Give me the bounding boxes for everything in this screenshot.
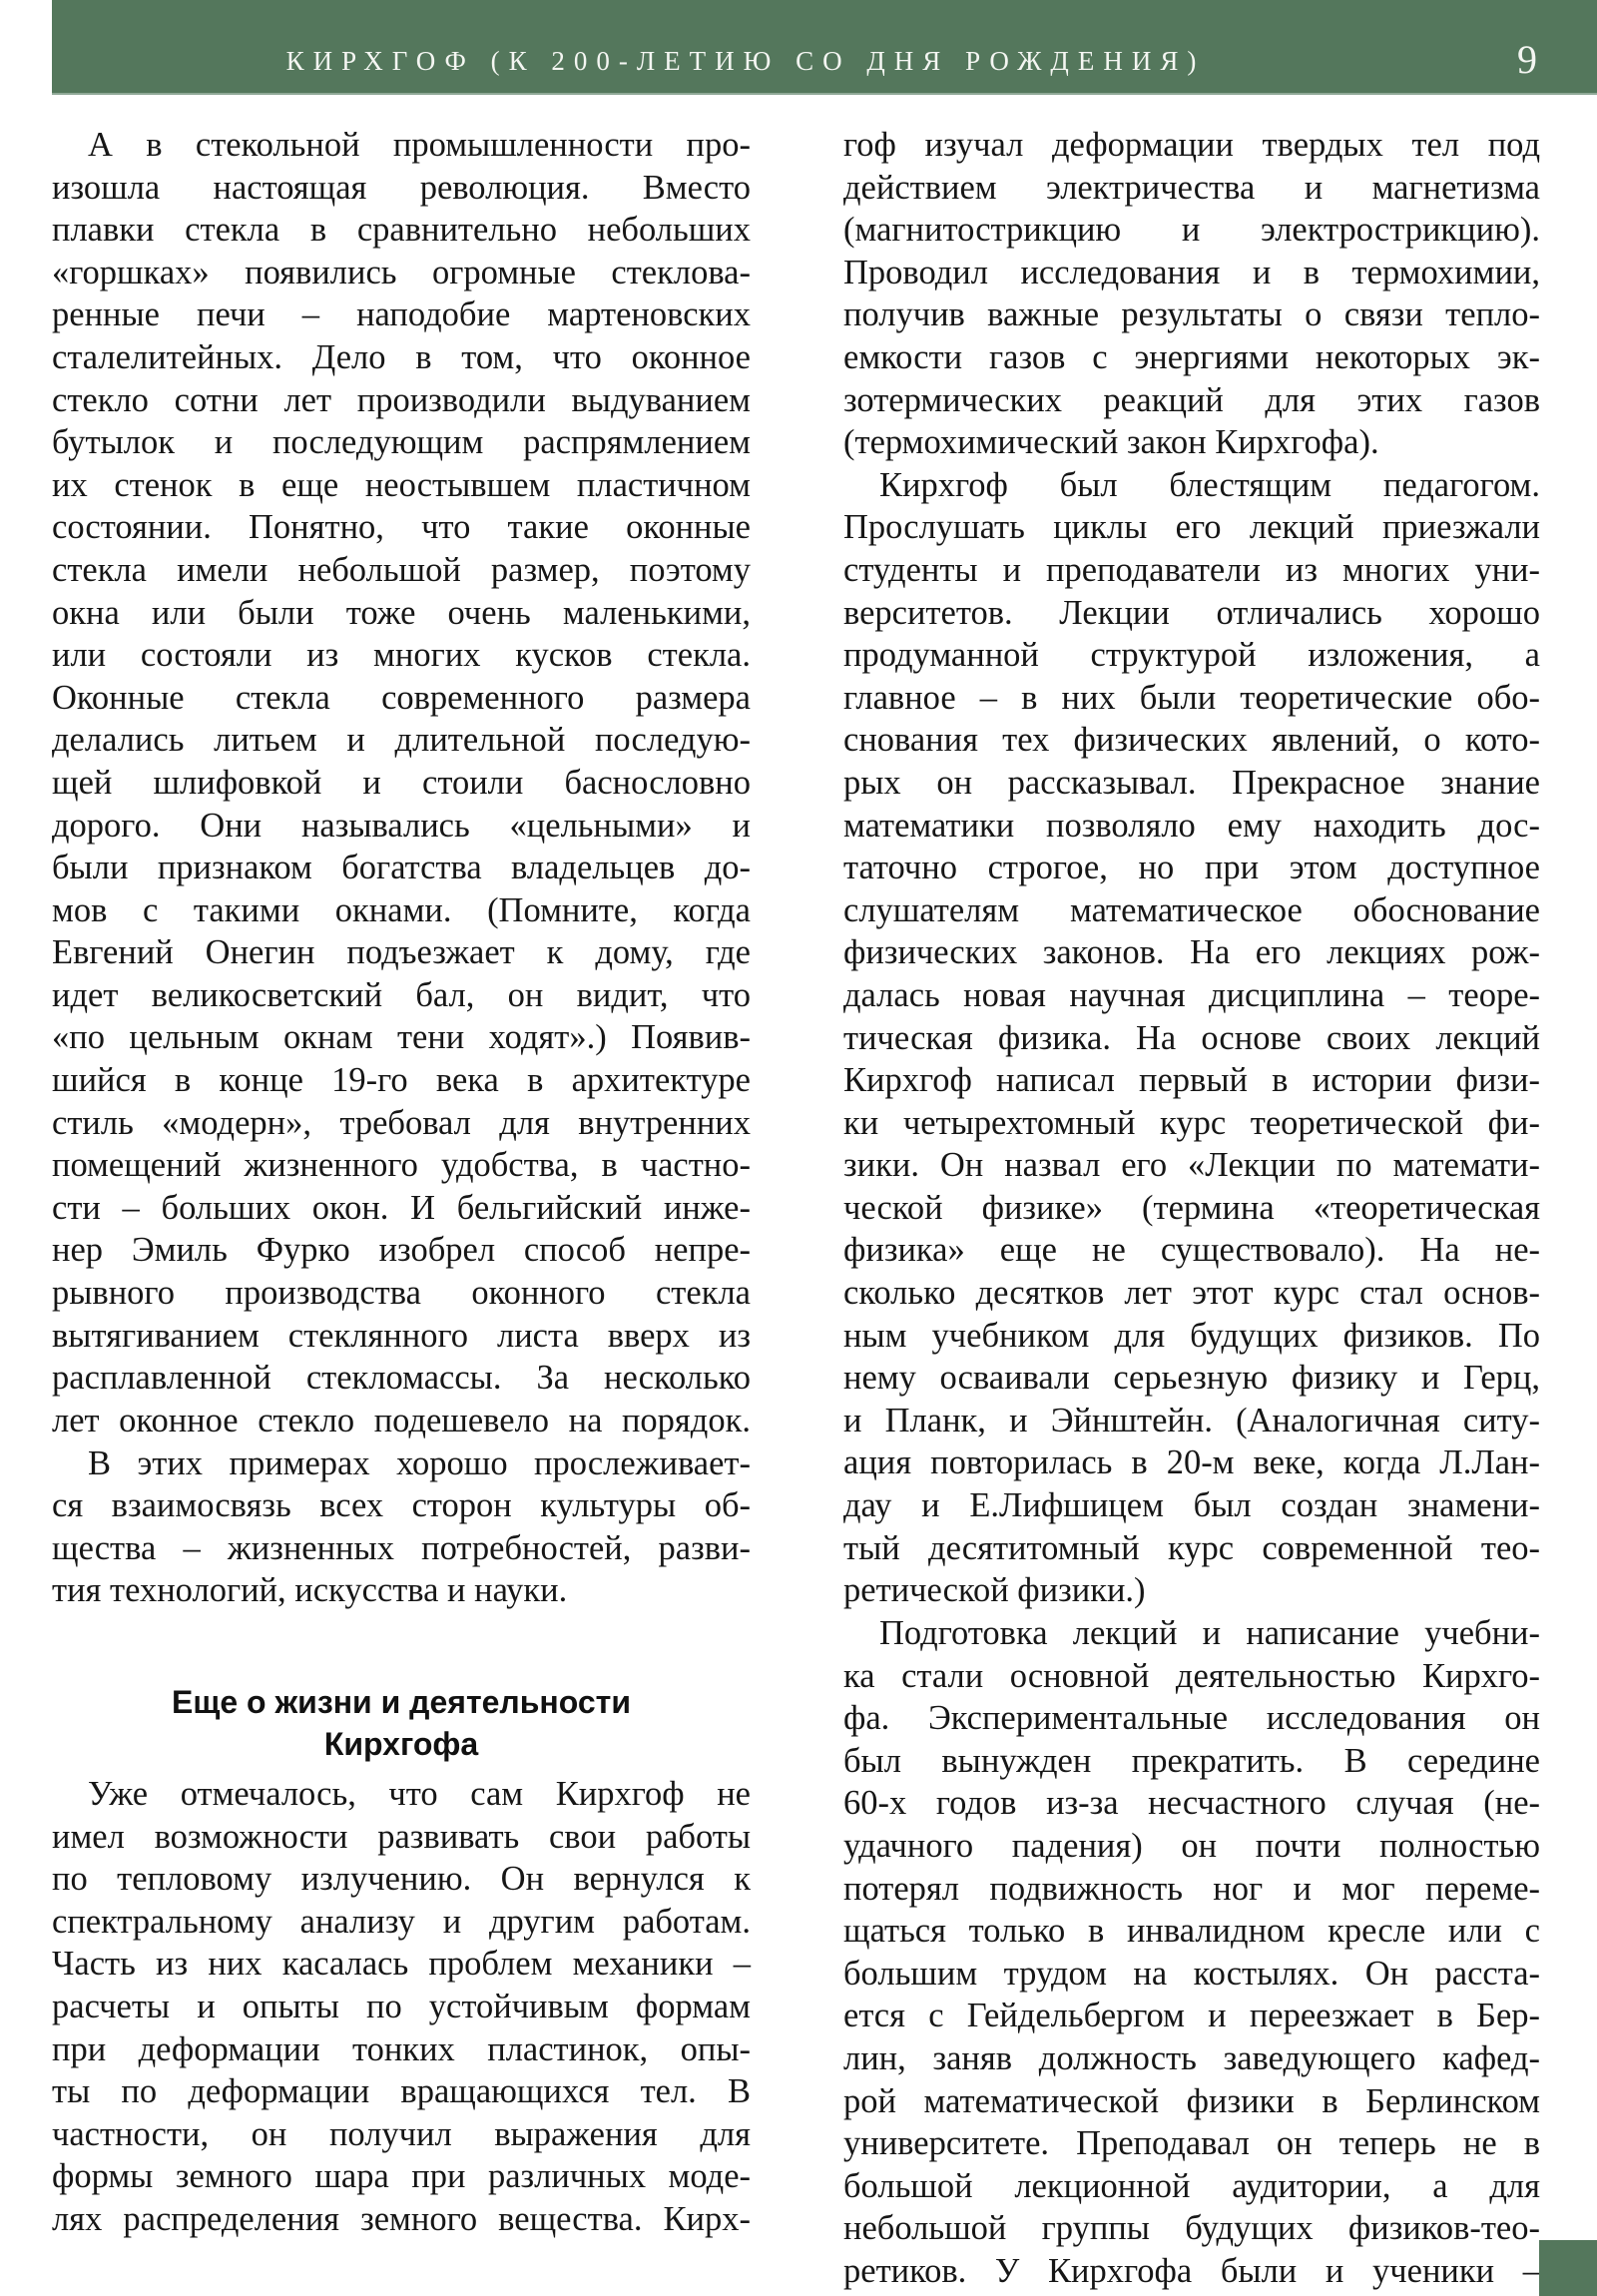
- text-line: «горшках» появились огромные стеклова-: [52, 252, 751, 294]
- text-line: ся взаимосвязь всех сторон культуры об-: [52, 1484, 751, 1527]
- text-line: зотермических реакций для этих газов: [843, 379, 1540, 422]
- text-line: верситетов. Лекции отличались хорошо: [843, 592, 1540, 635]
- page-number: 9: [1497, 38, 1557, 82]
- text-line: дау и Е.Лифшицем был создан знамени-: [843, 1484, 1540, 1527]
- text-line: или состояли из многих кусков стекла.: [52, 634, 751, 677]
- text-line: помещений жизненного удобства, в частно-: [52, 1144, 751, 1187]
- text-line: сталелитейных. Дело в том, что оконное: [52, 336, 751, 379]
- text-line: стекла имели небольшой размер, поэтому: [52, 549, 751, 592]
- text-line: лях распределения земного вещества. Кирх…: [52, 2198, 751, 2241]
- page-corner-tab: [1539, 2240, 1597, 2296]
- text-line: щей шлифовкой и стоили баснословно: [52, 762, 751, 805]
- text-line: стиль «модерн», требовал для внутренних: [52, 1102, 751, 1145]
- text-line: физических законов. На его лекциях рож-: [843, 931, 1540, 974]
- text-line: сколько десятков лет этот курс стал осно…: [843, 1272, 1540, 1315]
- text-line: 60-х годов из-за несчастного случая (не-: [843, 1782, 1540, 1825]
- text-line: потерял подвижность ног и мог переме-: [843, 1868, 1540, 1911]
- text-line: тическая физика. На основе своих лекций: [843, 1017, 1540, 1060]
- text-line: получив важные результаты о связи тепло-: [843, 293, 1540, 336]
- text-line: ренные печи – наподобие мартеновских: [52, 293, 751, 336]
- text-line: физика» еще не существовало). На не-: [843, 1229, 1540, 1272]
- text-line: по тепловому излучению. Он вернулся к: [52, 1858, 751, 1901]
- text-line: стекло сотни лет производили выдуванием: [52, 379, 751, 422]
- text-line: Проводил исследования и в термохимии,: [843, 252, 1540, 294]
- text-line: емкости газов с энергиями некоторых эк-: [843, 336, 1540, 379]
- text-line: щаться только в инвалидном кресле или с: [843, 1910, 1540, 1953]
- text-line: небольшой группы будущих физиков-тео-: [843, 2207, 1540, 2250]
- text-line: окна или были тоже очень маленькими,: [52, 592, 751, 635]
- text-line: действием электричества и магнетизма: [843, 167, 1540, 210]
- text-line: продуманной структурой изложения, а: [843, 634, 1540, 677]
- text-line: расчеты и опыты по устойчивым формам: [52, 1986, 751, 2028]
- text-line: их стенок в еще неостывшем пластичном: [52, 464, 751, 507]
- text-line: нер Эмиль Фурко изобрел способ непре-: [52, 1229, 751, 1272]
- text-line: гоф изучал деформации твердых тел под: [843, 124, 1540, 167]
- text-line: тый десятитомный курс современной тео-: [843, 1527, 1540, 1570]
- text-line: были признаком богатства владельцев до-: [52, 847, 751, 889]
- text-line: зики. Он назвал его «Лекции по математи-: [843, 1144, 1540, 1187]
- text-line: щества – жизненных потребностей, разви-: [52, 1527, 751, 1570]
- text-line: (термохимический закон Кирхгофа).: [843, 421, 1540, 464]
- text-line: расплавленной стекломассы. За несколько: [52, 1357, 751, 1400]
- text-line: Уже отмечалось, что сам Кирхгоф не: [52, 1773, 751, 1816]
- text-line: «по цельным окнам тени ходят».) Появив-: [52, 1016, 751, 1059]
- text-line: (магнитострикцию и электрострикцию).: [843, 209, 1540, 252]
- paragraph: Кирхгоф был блестящим педагогом.Прослуша…: [843, 464, 1540, 1612]
- text-line: главное – в них были теоретические обо-: [843, 677, 1540, 720]
- text-line: А в стекольной промышленности про-: [52, 124, 751, 167]
- text-line: ты по деформации вращающихся тел. В: [52, 2070, 751, 2113]
- section-heading: Еще о жизни и деятельности: [52, 1681, 751, 1723]
- paragraph: А в стекольной промышленности про-изошла…: [52, 124, 751, 1441]
- text-line: сти – больших окон. И бельгийский инже-: [52, 1187, 751, 1230]
- running-title: КИРХГОФ (К 200-ЛЕТИЮ СО ДНЯ РОЖДЕНИЯ): [52, 44, 1439, 78]
- text-line: и Планк, и Эйнштейн. (Аналогичная ситу-: [843, 1400, 1540, 1442]
- paragraph: гоф изучал деформации твердых тел поддей…: [843, 124, 1540, 464]
- text-line: ретиков. У Кирхгофа были и ученики –: [843, 2250, 1540, 2293]
- text-line: мов с такими окнами. (Помните, когда: [52, 889, 751, 932]
- header-divider: [52, 93, 1597, 95]
- text-line: Кирхгоф написал первый в истории физи-: [843, 1059, 1540, 1102]
- text-line: удачного падения) он почти полностью: [843, 1825, 1540, 1868]
- text-line: ка стали основной деятельностью Кирхго-: [843, 1655, 1540, 1698]
- text-line: ация повторилась в 20-м веке, когда Л.Ла…: [843, 1441, 1540, 1484]
- paragraph: Подготовка лекций и написание учебни-ка …: [843, 1612, 1540, 2293]
- text-line: ретической физики.): [843, 1569, 1540, 1612]
- text-line: большой лекционной аудитории, а для: [843, 2165, 1540, 2208]
- text-line: В этих примерах хорошо прослеживает-: [52, 1442, 751, 1485]
- paragraph: В этих примерах хорошо прослеживает-ся в…: [52, 1442, 751, 1612]
- text-line: далась новая научная дисциплина – теоре-: [843, 974, 1540, 1017]
- text-line: был вынужден прекратить. В середине: [843, 1740, 1540, 1783]
- text-line: Оконные стекла современного размера: [52, 677, 751, 720]
- text-line: формы земного шара при различных моде-: [52, 2155, 751, 2198]
- text-line: рых он рассказывал. Прекрасное знание: [843, 762, 1540, 805]
- text-line: студенты и преподаватели из многих уни-: [843, 549, 1540, 592]
- text-line: делались литьем и длительной последую-: [52, 719, 751, 762]
- text-line: при деформации тонких пластинок, опы-: [52, 2028, 751, 2071]
- text-line: рой математической физики в Берлинском: [843, 2080, 1540, 2123]
- text-line: Евгений Онегин подъезжает к дому, где: [52, 931, 751, 974]
- text-line: Прослушать циклы его лекций приезжали: [843, 506, 1540, 549]
- text-line: ки четырехтомный курс теоретической фи-: [843, 1102, 1540, 1145]
- text-line: шийся в конце 19-го века в архитектуре: [52, 1059, 751, 1102]
- text-line: университете. Преподавал он теперь не в: [843, 2122, 1540, 2165]
- text-line: имел возможности развивать свои работы: [52, 1816, 751, 1859]
- text-line: нему осваивали серьезную физику и Герц,: [843, 1357, 1540, 1400]
- text-line: дорого. Они назывались «цельными» и: [52, 805, 751, 848]
- text-line: Подготовка лекций и написание учебни-: [843, 1612, 1540, 1655]
- text-line: лин, заняв должность заведующего кафед-: [843, 2037, 1540, 2080]
- text-line: тия технологий, искусства и науки.: [52, 1569, 751, 1612]
- text-line: большим трудом на костылях. Он расста-: [843, 1953, 1540, 1996]
- text-line: ческой физике» (термина «теоретическая: [843, 1187, 1540, 1230]
- text-line: изошла настоящая революция. Вместо: [52, 167, 751, 210]
- text-line: идет великосветский бал, он видит, что: [52, 974, 751, 1017]
- text-line: состоянии. Понятно, что такие оконные: [52, 506, 751, 549]
- text-line: лет оконное стекло подешевело на порядок…: [52, 1400, 751, 1442]
- text-line: слушателям математическое обоснование: [843, 889, 1540, 932]
- text-line: фа. Экспериментальные исследования он: [843, 1697, 1540, 1740]
- text-line: плавки стекла в сравнительно небольших: [52, 209, 751, 252]
- text-line: частности, он получил выражения для: [52, 2113, 751, 2156]
- text-line: ным учебником для будущих физиков. По: [843, 1315, 1540, 1358]
- text-line: математики позволяло ему находить дос-: [843, 805, 1540, 848]
- section-heading: Кирхгофа: [52, 1723, 751, 1765]
- text-line: Часть из них касалась проблем механики –: [52, 1943, 751, 1986]
- text-line: таточно строгое, но при этом доступное: [843, 847, 1540, 889]
- text-line: Кирхгоф был блестящим педагогом.: [843, 464, 1540, 507]
- text-line: бутылок и последующим распрямлением: [52, 421, 751, 464]
- paragraph: Уже отмечалось, что сам Кирхгоф неимел в…: [52, 1773, 751, 2241]
- text-line: спектральному анализу и другим работам.: [52, 1901, 751, 1944]
- text-line: вытягиванием стеклянного листа вверх из: [52, 1315, 751, 1358]
- text-line: ется с Гейдельбергом и переезжает в Бер-: [843, 1995, 1540, 2037]
- text-line: снования тех физических явлений, о кото-: [843, 719, 1540, 762]
- text-line: рывного производства оконного стекла: [52, 1272, 751, 1315]
